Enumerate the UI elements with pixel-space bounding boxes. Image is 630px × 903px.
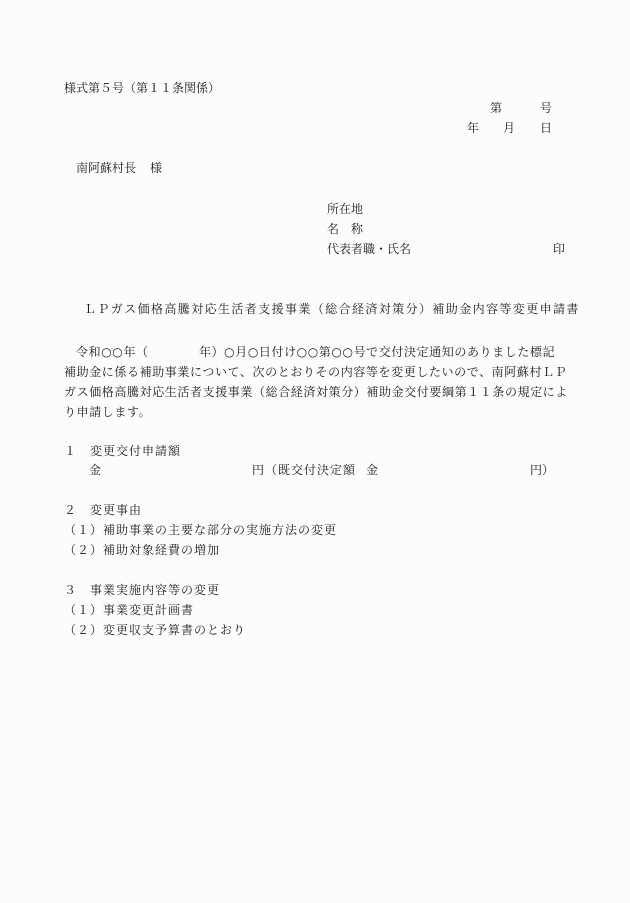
body-line-2: 補助金に係る補助事業について、次のとおりその内容等を変更したいので、南阿蘇村ＬＰ — [64, 365, 580, 379]
section-2-heading: ２ 変更事由 — [64, 503, 142, 517]
body-line-1: 令和○○年（ 年）○月○日付け○○第○○号で交付決定通知のありました標記 — [76, 345, 580, 359]
doc-number-suffix: 号 — [540, 101, 552, 115]
section-1-heading: １ 変更交付申請額 — [64, 444, 181, 458]
yen-close: 円） — [530, 463, 554, 477]
addressee-honorific: 様 — [150, 161, 162, 175]
seal-mark: 印 — [553, 242, 565, 256]
applicant-address-label: 所在地 — [327, 202, 363, 216]
addressee: 南阿蘇村長様 — [76, 161, 162, 175]
addressee-name: 南阿蘇村長 — [76, 161, 136, 175]
section-2-item-2: （２）補助対象経費の増加 — [64, 543, 220, 557]
kin-label: 金 — [89, 463, 101, 477]
section-2-item-1: （１）補助事業の主要な部分の実施方法の変更 — [64, 523, 337, 537]
date-month: 月 — [503, 121, 515, 135]
body-line-4: り申請します。 — [64, 405, 580, 419]
doc-number-prefix: 第 — [490, 101, 502, 115]
section-3-heading: ３ 事業実施内容等の変更 — [64, 583, 220, 597]
yen-existing-label: 円（既交付決定額 — [252, 463, 356, 477]
date-day: 日 — [540, 121, 552, 135]
document-title: ＬＰガス価格高騰対応生活者支援事業（総合経済対策分）補助金内容等変更申請書 — [84, 302, 580, 316]
body-line-3: ガス価格高騰対応生活者支援事業（総合経済対策分）補助金交付要綱第１１条の規定によ — [64, 385, 580, 399]
kin-label-2: 金 — [366, 463, 378, 477]
form-number: 様式第５号（第１１条関係） — [64, 81, 220, 95]
applicant-representative-label: 代表者職・氏名 — [327, 242, 411, 256]
applicant-name-label: 名 称 — [327, 222, 363, 236]
date-year: 年 — [467, 121, 479, 135]
section-3-item-1: （１）事業変更計画書 — [64, 603, 194, 617]
section-3-item-2: （２）変更収支予算書のとおり — [64, 623, 246, 637]
